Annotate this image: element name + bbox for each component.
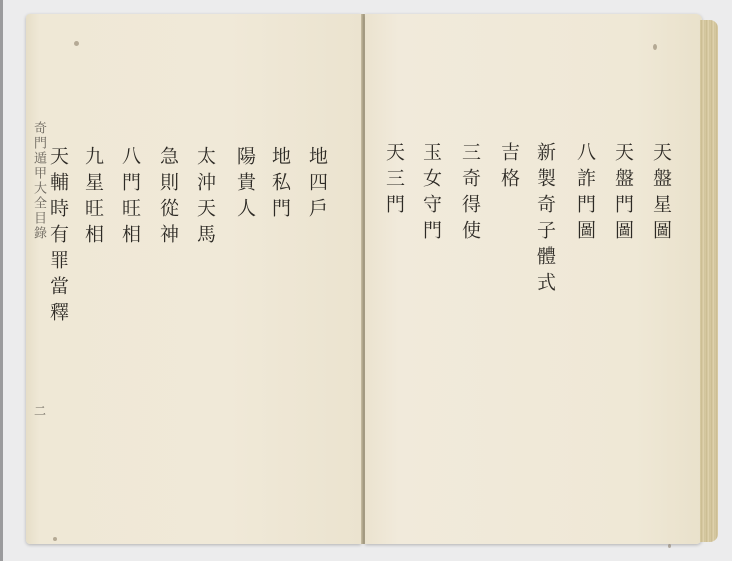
toc-entry: 陽貴人 (235, 146, 254, 224)
toc-entry: 太沖天馬 (195, 146, 214, 250)
document-viewer: 奇門遁甲大全目錄 二 地四戶 地私門 陽貴人 太沖天馬 急則從神 八門旺相 九星… (0, 0, 732, 561)
toc-entry: 天盤門圖 (613, 142, 632, 246)
toc-entry: 三奇得使 (460, 142, 479, 246)
toc-entry: 八門旺相 (120, 146, 139, 250)
toc-entry: 八詐門圖 (575, 142, 594, 246)
toc-entry: 地四戶 (307, 146, 326, 224)
page-number: 二 (34, 402, 46, 419)
paper-spot (653, 44, 657, 50)
toc-entry: 天輔時有罪當釋 (48, 146, 67, 328)
side-title: 奇門遁甲大全目錄 (29, 121, 48, 241)
toc-entry: 玉女守門 (421, 142, 440, 246)
toc-entry: 地私門 (270, 146, 289, 224)
left-page: 奇門遁甲大全目錄 二 地四戶 地私門 陽貴人 太沖天馬 急則從神 八門旺相 九星… (26, 14, 361, 544)
paper-spot (53, 537, 57, 541)
toc-entry: 天三門 (384, 142, 403, 220)
toc-entry: 吉格 (499, 142, 518, 194)
paper-spot (668, 544, 671, 548)
toc-entry: 新製奇子體式 (535, 142, 554, 298)
right-page: 天盤星圖 天盤門圖 八詐門圖 新製奇子體式 吉格 三奇得使 玉女守門 天三門 (365, 14, 702, 544)
page-fore-edge (700, 20, 718, 542)
book-spread: 奇門遁甲大全目錄 二 地四戶 地私門 陽貴人 太沖天馬 急則從神 八門旺相 九星… (26, 14, 718, 546)
paper-spot (74, 41, 79, 46)
toc-entry: 急則從神 (158, 146, 177, 250)
toc-entry: 天盤星圖 (651, 142, 670, 246)
viewer-edge-bar (0, 0, 3, 561)
toc-entry: 九星旺相 (83, 146, 102, 250)
